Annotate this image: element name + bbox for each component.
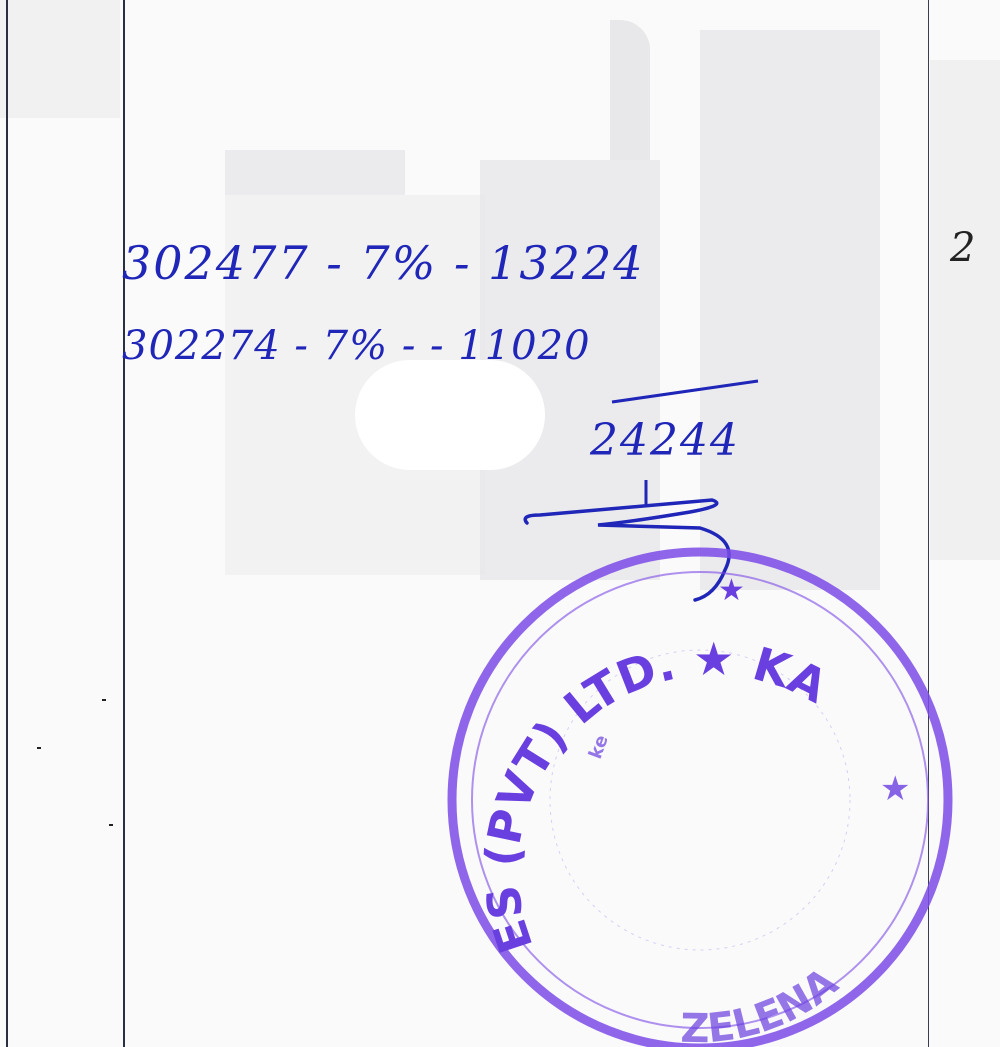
ink-and-stamp-layer: ES (PVT) LTD. ★ KA ZELENA ★ ★ ke <box>0 0 1000 1047</box>
star-icon: ★ <box>880 769 910 809</box>
stamp-top-text: ES (PVT) LTD. ★ KA <box>475 632 836 960</box>
star-icon: ★ <box>718 573 745 608</box>
svg-text:ke: ke <box>585 732 613 761</box>
document-page: 302477 - 7% - 13224 302274 - 7% - - 1102… <box>0 0 1000 1047</box>
stamp-bottom-text: ZELENA <box>680 959 847 1047</box>
company-stamp: ES (PVT) LTD. ★ KA ZELENA ★ ★ ke <box>452 552 948 1047</box>
sum-underline <box>612 381 758 402</box>
